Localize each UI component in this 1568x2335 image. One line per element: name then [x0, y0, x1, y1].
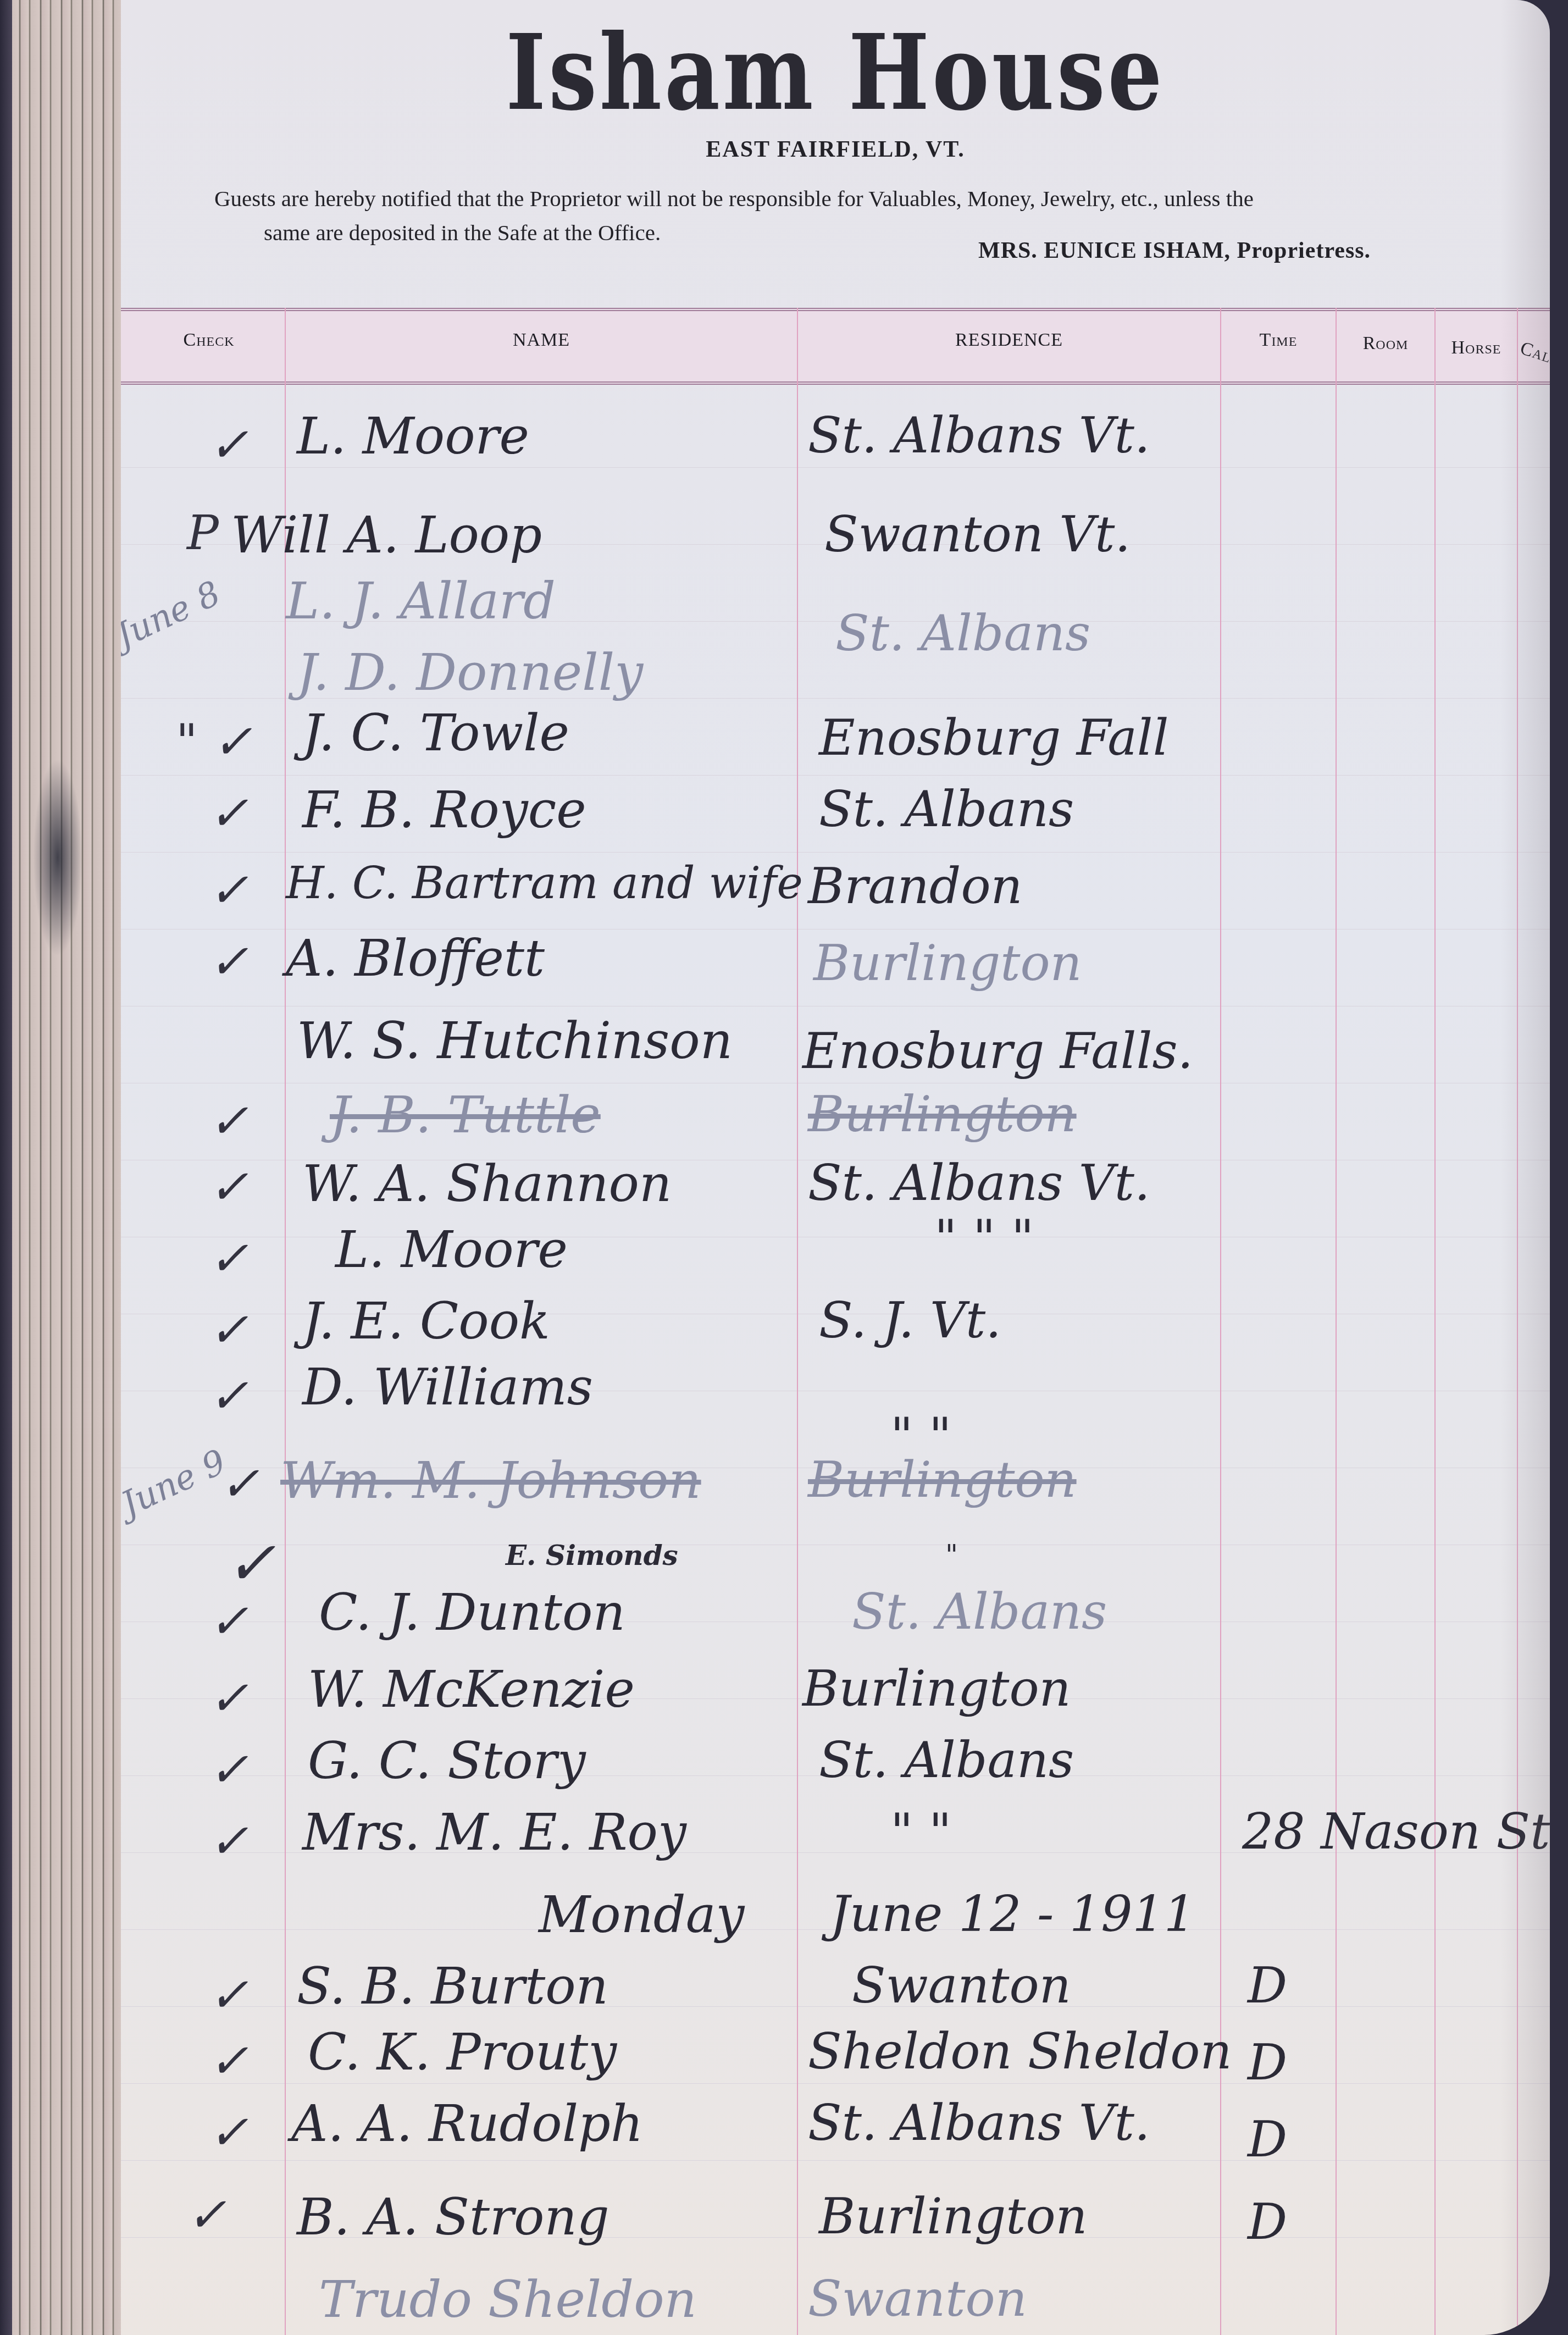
column-divider — [1517, 308, 1518, 2335]
guest-residence: St. Albans Vt. — [808, 2094, 1150, 2152]
check-mark: ✓ — [209, 2034, 248, 2089]
check-mark: ✓ — [220, 1457, 259, 1512]
guest-residence: Burlington — [813, 934, 1082, 992]
book-page-edges — [0, 0, 121, 2335]
check-mark: ✓ — [209, 1094, 248, 1149]
check-mark: ✓ — [209, 1814, 248, 1869]
column-header-check: Check — [143, 330, 275, 351]
guest-name: J. D. Donnelly — [297, 643, 643, 702]
guest-name: Wm. M. Johnson — [280, 1451, 701, 1510]
check-mark: " ✓ — [176, 715, 252, 770]
notice-line-1: Guests are hereby notified that the Prop… — [214, 186, 1254, 211]
guest-name: Trudo Sheldon — [319, 2270, 697, 2329]
check-mark: ✓ — [209, 786, 248, 841]
guest-name: L. Moore — [297, 407, 529, 466]
guest-name: B. A. Strong — [297, 2188, 610, 2247]
guest-residence: Swanton — [852, 1957, 1071, 2015]
guest-name: W. McKenzie — [308, 1660, 635, 1719]
guest-residence: St. Albans — [835, 605, 1090, 662]
time-mark: D — [1248, 2111, 1287, 2168]
column-header-room: Room — [1337, 333, 1434, 354]
guest-residence: " " — [890, 1803, 951, 1861]
guest-name: W. A. Shannon — [302, 1154, 672, 1213]
margin-date-note: June 9 — [121, 1441, 232, 1524]
guest-street-address: 28 Nason St — [1242, 1803, 1550, 1861]
guest-residence: St. Albans — [819, 781, 1074, 838]
guest-residence: St. Albans — [819, 1731, 1074, 1789]
guest-name: Mrs. M. E. Roy — [302, 1803, 686, 1862]
guest-residence: Brandon — [808, 857, 1023, 915]
guest-residence: Sheldon Sheldon — [808, 2023, 1232, 2081]
guest-name: E. Simonds — [506, 1539, 678, 1572]
book-spine — [0, 0, 12, 2335]
guest-residence: " — [945, 1539, 958, 1571]
column-header-residence: RESIDENCE — [798, 330, 1220, 351]
guest-name: J. B. Tuttle — [330, 1086, 601, 1144]
check-mark: ✓ — [209, 1594, 248, 1649]
weekday-label: Monday — [539, 1885, 745, 1944]
register-page: Isham House EAST FAIRFIELD, VT. Guests a… — [121, 0, 1550, 2335]
check-mark: ✓ — [209, 863, 248, 918]
guest-residence: St. Albans — [852, 1583, 1107, 1641]
check-mark: ✓ — [209, 1968, 248, 2023]
column-divider — [797, 308, 798, 2335]
ink-stain — [33, 759, 82, 956]
guest-name: L. Moore — [335, 1220, 568, 1279]
guest-name: J. E. Cook — [302, 1292, 550, 1351]
guest-residence: Swanton Vt. — [824, 506, 1131, 563]
check-mark: ✓ — [209, 1742, 248, 1797]
check-mark: ✓ — [209, 1303, 248, 1358]
guest-residence: Enosburg Falls. — [802, 1022, 1193, 1080]
guest-name: A. Bloffett — [286, 929, 545, 988]
guest-name: L. J. Allard — [286, 572, 556, 630]
check-mark: P — [187, 506, 219, 561]
check-mark: ✓ — [225, 1528, 276, 1598]
guest-name: F. B. Royce — [302, 781, 586, 839]
column-header-time: Time — [1221, 330, 1336, 351]
check-mark: ✓ — [209, 2105, 248, 2160]
check-mark: ✓ — [209, 1160, 248, 1215]
guest-residence: S. J. Vt. — [819, 1292, 1001, 1349]
check-mark: ✓ — [209, 1231, 248, 1286]
guest-name: J. C. Towle — [302, 704, 569, 762]
guest-residence: Enosburg Fall — [819, 709, 1168, 767]
margin-date-note: June 8 — [121, 573, 226, 656]
guest-name: H. C. Bartram and wife — [286, 857, 803, 909]
column-header-call: Call — [1516, 337, 1550, 371]
column-divider — [1336, 308, 1337, 2335]
hotel-location: EAST FAIRFIELD, VT. — [121, 136, 1550, 163]
column-header-name: NAME — [286, 330, 797, 351]
column-divider — [1434, 308, 1436, 2335]
check-mark: ✓ — [209, 1671, 248, 1726]
check-mark: ✓ — [209, 1369, 248, 1424]
guest-residence: " " " — [934, 1209, 1034, 1267]
guest-residence: St. Albans Vt. — [808, 407, 1150, 464]
column-header-horse: Horse — [1436, 337, 1517, 358]
guest-residence: Burlington — [808, 1086, 1077, 1143]
check-mark: ✓ — [187, 2188, 226, 2243]
time-mark: D — [1248, 2034, 1287, 2091]
guest-name: S. B. Burton — [297, 1957, 608, 2016]
guest-name: Will A. Loop — [231, 506, 542, 565]
guest-name: G. C. Story — [308, 1731, 586, 1790]
guest-name: C. J. Dunton — [319, 1583, 625, 1642]
check-mark: ✓ — [209, 418, 248, 473]
guest-residence: St. Albans Vt. — [808, 1154, 1150, 1212]
guest-name: D. Williams — [302, 1358, 593, 1417]
time-mark: D — [1248, 1957, 1287, 2015]
guest-name: W. S. Hutchinson — [297, 1011, 733, 1070]
guest-name: C. K. Prouty — [308, 2023, 617, 2082]
guest-residence: Burlington — [808, 1451, 1077, 1509]
check-mark: ✓ — [209, 934, 248, 989]
proprietress-name: MRS. EUNICE ISHAM, Proprietress. — [978, 237, 1371, 264]
guest-residence: Burlington — [819, 2188, 1088, 2245]
hotel-title: Isham House — [250, 11, 1421, 134]
guest-name: A. A. Rudolph — [291, 2094, 643, 2153]
guest-residence: Burlington — [802, 1660, 1071, 1718]
guest-residence: Swanton — [808, 2270, 1027, 2328]
date-label: June 12 - 1911 — [830, 1885, 1195, 1943]
time-mark: D — [1248, 2193, 1287, 2251]
